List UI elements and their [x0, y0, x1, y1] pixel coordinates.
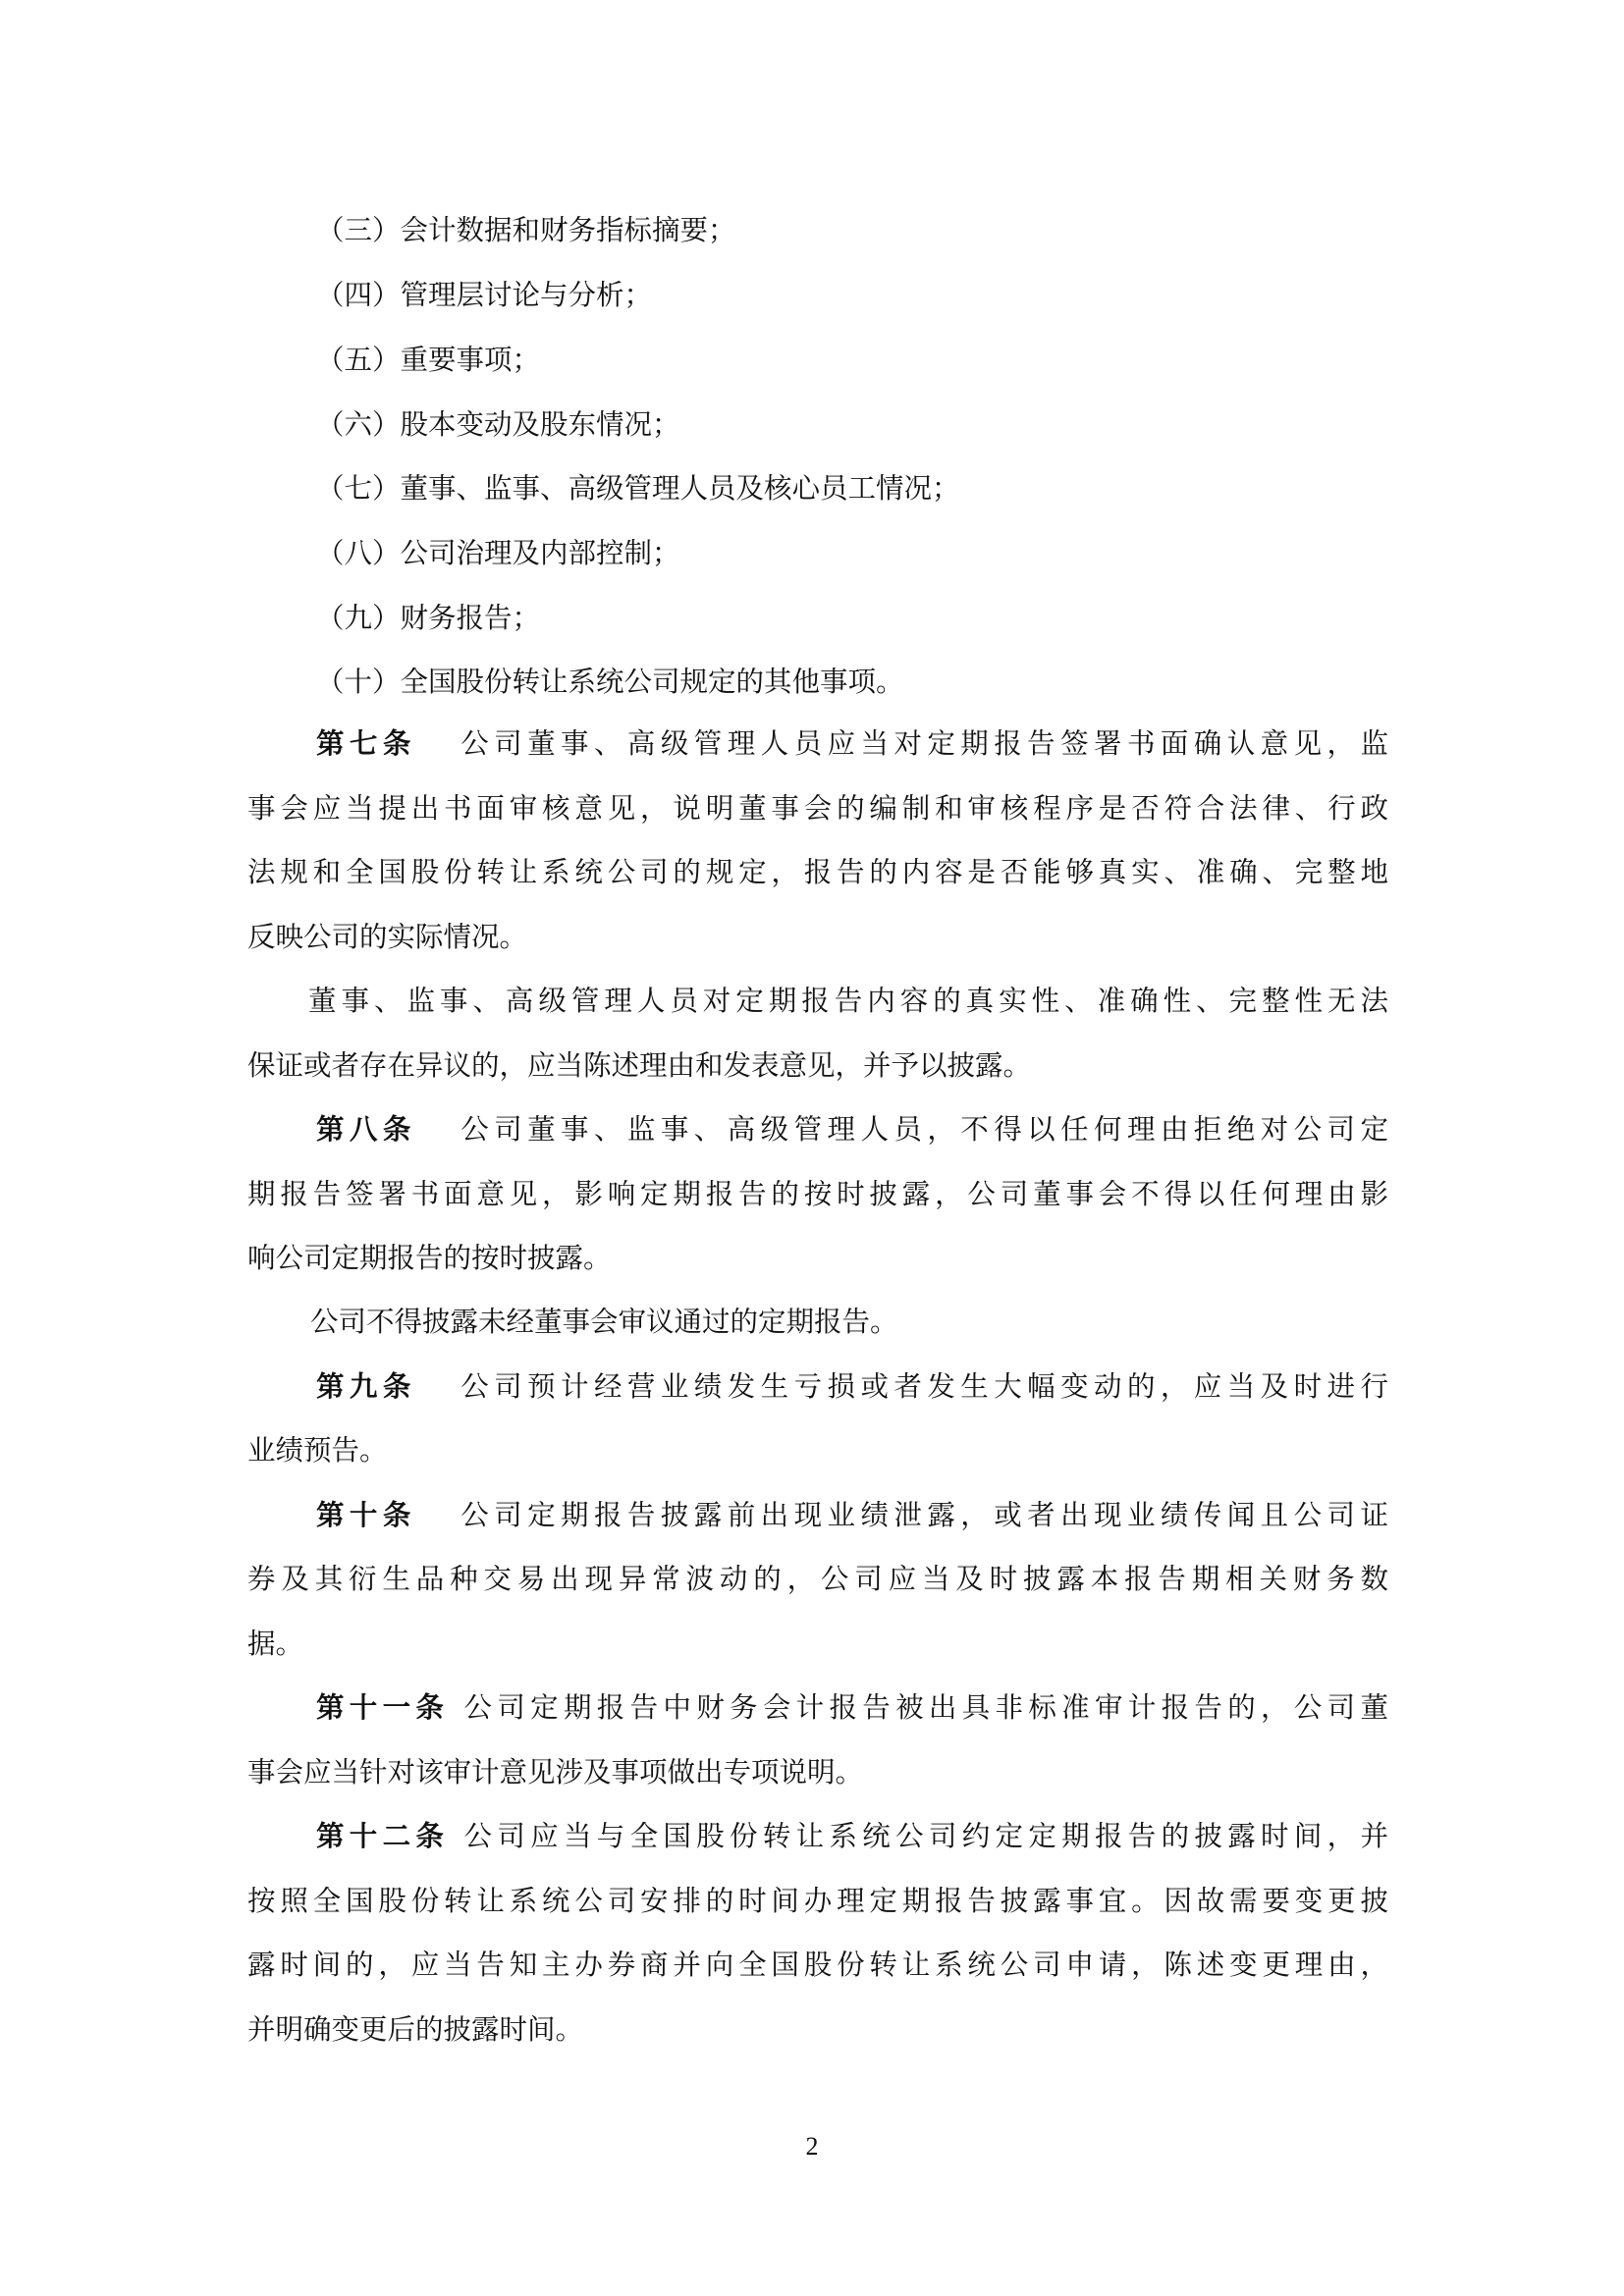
article-11-line: 事会应当针对该审计意见涉及事项做出专项说明。 — [247, 1753, 863, 1792]
article-12-line: 并明确变更后的披露时间。 — [247, 2010, 583, 2050]
article-7-line: 法规和全国股份转让系统公司的规定，报告的内容是否能够真实、准确、完整地 — [247, 853, 1388, 892]
article-8-para2: 公司不得披露未经董事会审议通过的定期报告。 — [310, 1303, 898, 1342]
article-11-line: 第十一条公司定期报告中财务会计报告被出具非标准审计报告的，公司董 — [316, 1688, 1388, 1728]
article-9-title: 第九条 — [316, 1370, 416, 1403]
article-8-line: 期报告签署书面意见，影响定期报告的按时披露，公司董事会不得以任何理由影 — [247, 1175, 1388, 1214]
article-7-para2: 董事、监事、高级管理人员对定期报告内容的真实性、准确性、完整性无法 — [308, 982, 1388, 1021]
article-10-line: 据。 — [247, 1625, 303, 1664]
list-item: （三）会计数据和财务指标摘要； — [316, 211, 736, 250]
article-7-title: 第七条 — [316, 727, 416, 760]
list-item: （五）重要事项； — [316, 341, 540, 380]
article-7-para2: 保证或者存在异议的，应当陈述理由和发表意见，并予以披露。 — [247, 1046, 1031, 1086]
list-item: （七）董事、监事、高级管理人员及核心员工情况； — [316, 469, 960, 508]
article-10-title: 第十条 — [316, 1499, 416, 1531]
article-9-line: 业绩预告。 — [247, 1431, 388, 1470]
article-11-title: 第十一条 — [316, 1691, 449, 1724]
article-8-line: 第八条公司董事、监事、高级管理人员，不得以任何理由拒绝对公司定 — [316, 1110, 1388, 1149]
list-item: （八）公司治理及内部控制； — [316, 534, 680, 573]
article-12-line: 露时间的，应当告知主办券商并向全国股份转让系统公司申请，陈述变更理由， — [247, 1946, 1388, 1985]
list-item: （六）股本变动及股东情况； — [316, 405, 680, 445]
article-12-line: 第十二条公司应当与全国股份转让系统公司约定定期报告的披露时间，并 — [316, 1817, 1388, 1856]
list-item: （十）全国股份转让系统公司规定的其他事项。 — [316, 663, 904, 702]
article-8-line: 响公司定期报告的按时披露。 — [247, 1239, 612, 1278]
article-12-title: 第十二条 — [316, 1820, 449, 1852]
article-10-line: 第十条公司定期报告披露前出现业绩泄露，或者出现业绩传闻且公司证 — [316, 1496, 1388, 1535]
article-7-line: 反映公司的实际情况。 — [247, 918, 527, 957]
page-number: 2 — [0, 2132, 1624, 2162]
list-item: （九）财务报告； — [316, 599, 540, 638]
article-8-title: 第八条 — [316, 1113, 416, 1146]
article-7-line: 第七条公司董事、高级管理人员应当对定期报告签署书面确认意见，监 — [316, 724, 1388, 764]
article-9-line: 第九条公司预计经营业绩发生亏损或者发生大幅变动的，应当及时进行 — [316, 1367, 1388, 1407]
article-7-line: 事会应当提出书面审核意见，说明董事会的编制和审核程序是否符合法律、行政 — [247, 789, 1388, 828]
list-item: （四）管理层讨论与分析； — [316, 276, 652, 315]
article-10-line: 券及其衍生品种交易出现异常波动的，公司应当及时披露本报告期相关财务数 — [247, 1560, 1388, 1599]
article-12-line: 按照全国股份转让系统公司安排的时间办理定期报告披露事宜。因故需要变更披 — [247, 1882, 1388, 1921]
